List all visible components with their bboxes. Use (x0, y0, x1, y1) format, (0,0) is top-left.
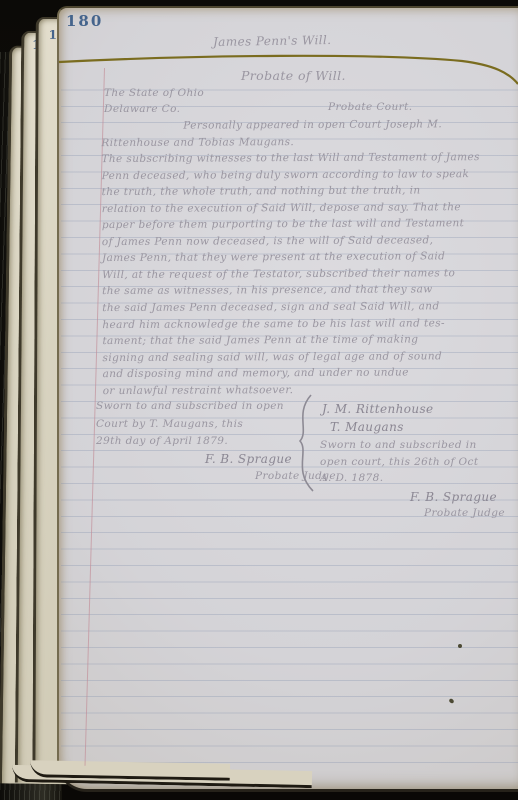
judge-title-right: Probate Judge (424, 507, 505, 519)
attestation-right-line: open court, this 26th of Oct (320, 456, 478, 468)
deposition-text: Personally appeared in open Court Joseph… (101, 118, 512, 401)
attestation-left-line: 29th day of April 1879. (96, 435, 284, 453)
judge-signature-right: F. B. Sprague (410, 490, 497, 504)
page-number: 180 (66, 12, 103, 30)
judge-signature-left: F. B. Sprague (205, 452, 292, 466)
attestation-left-line: Court by T. Maugans, this (96, 418, 284, 436)
attestation-left-line: Sworn to and subscribed in open (96, 400, 284, 418)
section-heading: Probate of Will. (241, 68, 346, 83)
bottom-sheet-edge (30, 760, 230, 780)
court-label: Probate Court. (328, 101, 412, 113)
county-line: Delaware Co. (104, 103, 180, 115)
paper-speck (458, 644, 462, 648)
behind-page-number: 1 (49, 28, 57, 42)
attestation-right-line: Sworn to and subscribed in (320, 439, 477, 451)
state-line: The State of Ohio (104, 87, 204, 99)
running-title: James Penn's Will. (213, 33, 332, 49)
ledger-photo: 1 1 180 James Penn's Will. Probate of Wi… (0, 0, 518, 800)
attestation-left: Sworn to and subscribed in open Court by… (96, 400, 284, 453)
attestation-right-line: A. D. 1878. (320, 472, 383, 484)
witness-signature: J. M. Rittenhouse (322, 402, 434, 416)
grouping-brace (291, 393, 319, 493)
witness-signature: T. Maugans (330, 420, 404, 434)
